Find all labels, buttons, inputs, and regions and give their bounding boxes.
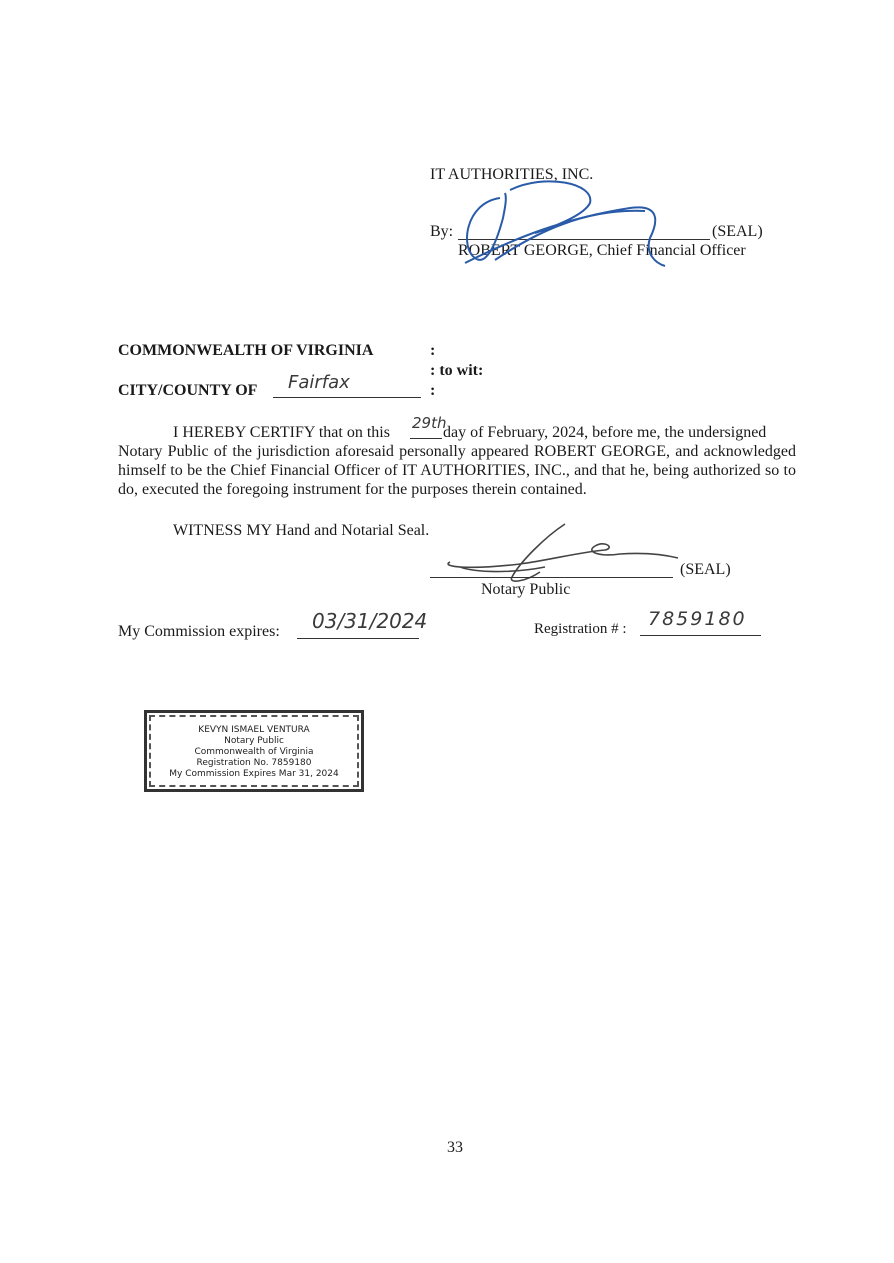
state-line: COMMONWEALTH OF VIRGINIA: [118, 341, 373, 360]
registration-line: [640, 635, 761, 636]
registration-label: Registration # :: [534, 620, 627, 639]
certify-lead: I HEREBY CERTIFY that on this: [173, 423, 390, 442]
stamp-line-state: Commonwealth of Virginia: [147, 747, 361, 758]
stamp-line-title: Notary Public: [147, 736, 361, 747]
by-label: By:: [430, 222, 453, 241]
commission-label: My Commission expires:: [118, 622, 280, 641]
notary-stamp: KEVYN ISMAEL VENTURA Notary Public Commo…: [144, 710, 364, 792]
company-signature-icon: [455, 178, 675, 268]
notary-seal-label: (SEAL): [680, 560, 731, 579]
day-line: [410, 438, 442, 439]
registration-value: 7859180: [648, 610, 747, 629]
certify-rest: day of February, 2024, before me, the un…: [443, 423, 766, 442]
commission-value: 03/31/2024: [312, 612, 427, 631]
certification-body: Notary Public of the jurisdiction afores…: [118, 442, 796, 499]
stamp-line-expiry: My Commission Expires Mar 31, 2024: [147, 769, 361, 780]
county-value: Fairfax: [288, 373, 350, 392]
to-wit: : to wit:: [430, 361, 483, 380]
page-number: 33: [447, 1138, 463, 1157]
colon-1: :: [430, 341, 435, 360]
colon-2: :: [430, 381, 435, 400]
county-line: [273, 397, 421, 398]
stamp-line-name: KEVYN ISMAEL VENTURA: [147, 725, 361, 736]
day-value: 29th: [412, 414, 446, 433]
notary-public-label: Notary Public: [481, 580, 570, 599]
commission-line: [297, 638, 419, 639]
notary-signature-line: [430, 577, 673, 578]
county-label: CITY/COUNTY OF: [118, 381, 257, 400]
stamp-line-registration: Registration No. 7859180: [147, 758, 361, 769]
witness-text: WITNESS MY Hand and Notarial Seal.: [173, 521, 429, 540]
certification-body-text: Notary Public of the jurisdiction afores…: [118, 442, 796, 499]
company-seal-label: (SEAL): [712, 222, 763, 241]
